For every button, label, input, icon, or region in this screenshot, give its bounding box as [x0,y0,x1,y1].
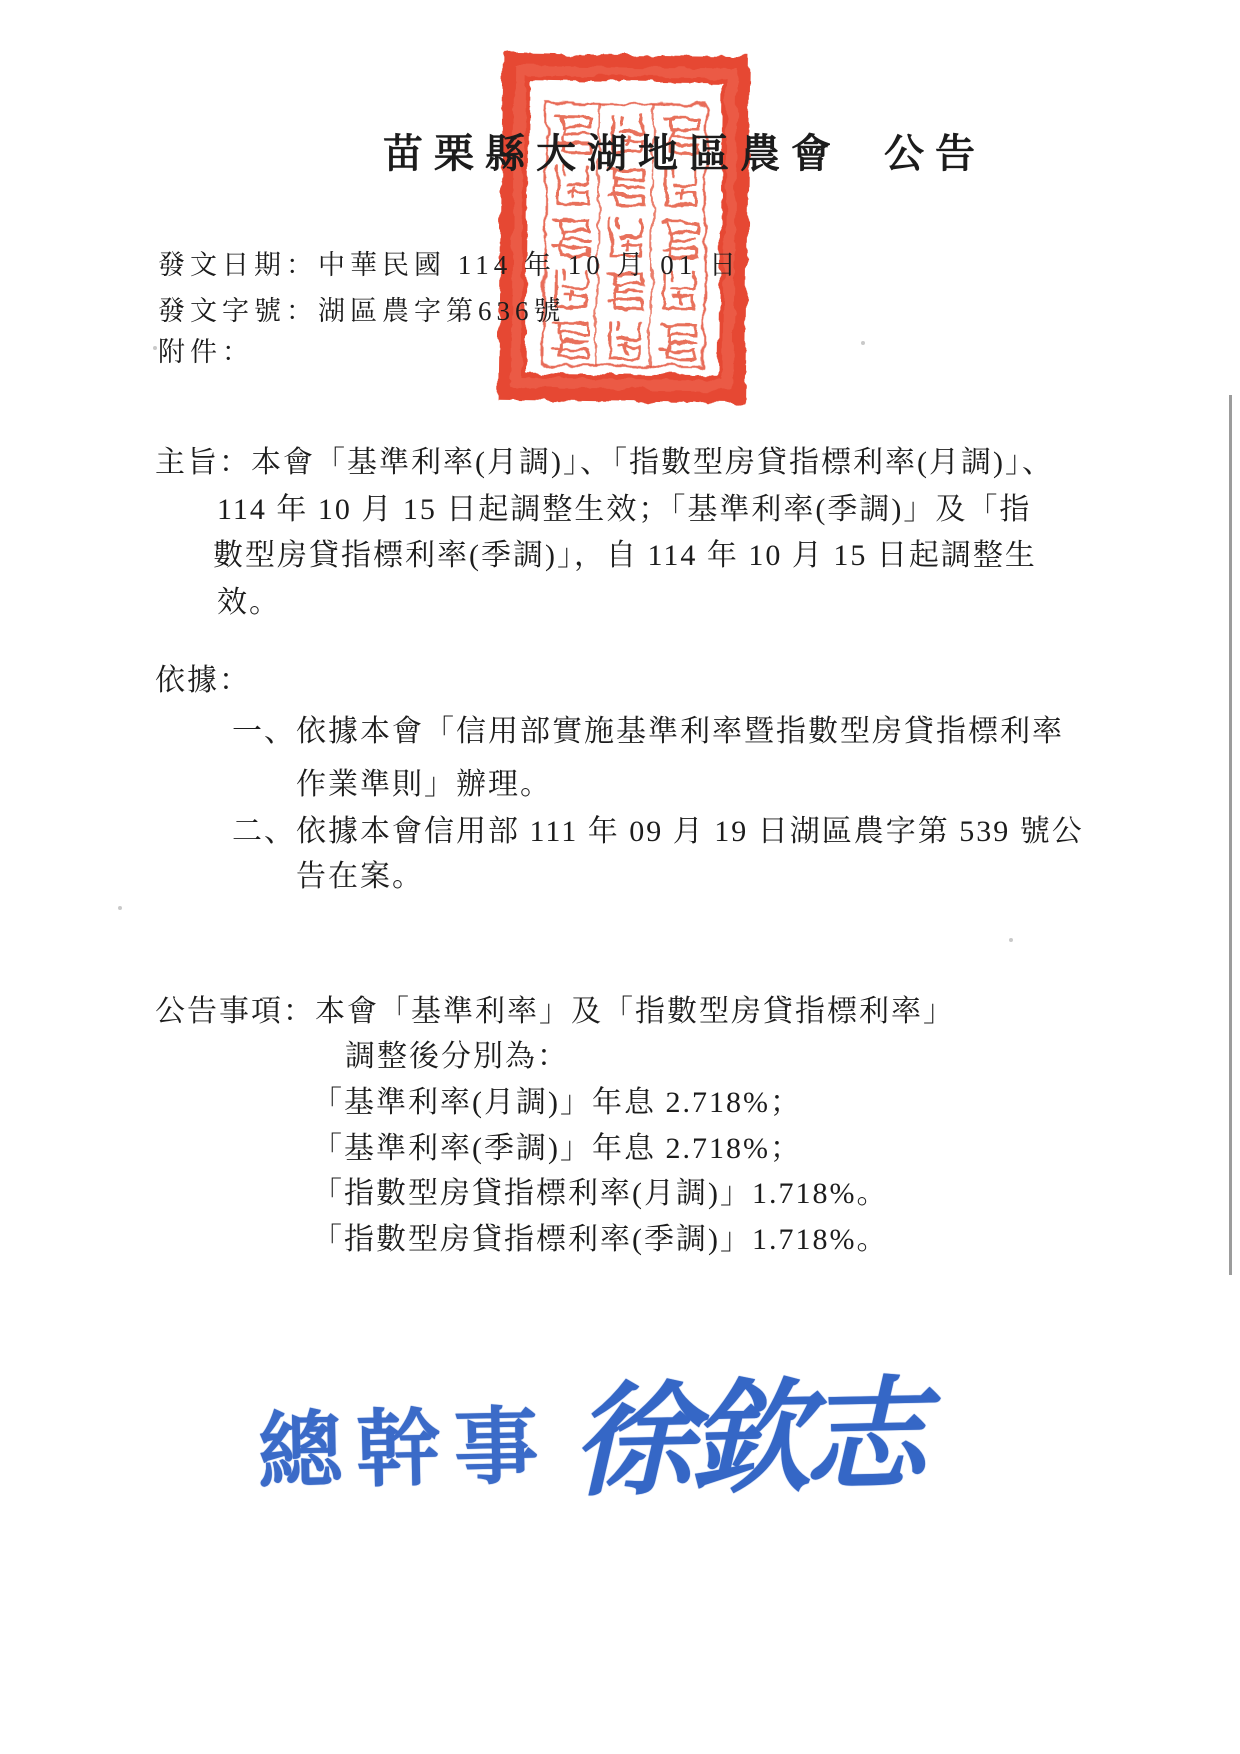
announcement-line-1: 公告事項：本會「基準利率」及「指數型房貸指標利率」 [155,986,955,1030]
basis-item1-line2: 作業準則」辦理。 [296,759,552,803]
official-red-seal [496,50,753,405]
basis-item2-line2: 告在案。 [296,851,424,895]
general-manager-signature-stamp: 總幹事 徐欽志 [256,1351,921,1526]
basis-label: 依據： [155,655,251,699]
basis-item1-line1: 依據本會「信用部實施基準利率暨指數型房貸指標利率 [296,706,1064,750]
subject-line-3: 數型房貸指標利率(季調)」，自 114 年 10 月 15 日起調整生 [213,530,1037,574]
subject-line-2: 114 年 10 月 15 日起調整生效；「基準利率(季調)」及「指 [217,484,1031,528]
signature-name: 徐欽志 [570,1337,922,1519]
rate-line-4: 「指數型房貸指標利率(季調)」1.718%。 [312,1214,888,1258]
scan-speck [118,906,122,910]
doc-type-label: 公告 [884,131,986,176]
organization-name: 苗栗縣大湖地區農會 [383,131,842,176]
ref-number-line: 發文字號：湖區農字第636號 [158,289,566,328]
basis-item2-line1: 依據本會信用部 111 年 09 月 19 日湖區農字第 539 號公 [296,806,1084,850]
subject-line-4: 效。 [217,577,281,621]
basis-item1-number: 一、 [232,706,296,750]
announcement-line-2: 調整後分別為： [345,1031,569,1075]
scanned-announcement-page: 苗栗縣大湖地區農會公告 發文日期：中華民國 114 年 10 月 01 日 發文… [0,0,1240,1754]
scan-speck [861,341,865,345]
scan-speck [153,346,157,350]
scan-speck [1009,938,1013,942]
document-title: 苗栗縣大湖地區農會公告 [383,122,986,179]
attachment-line: 附件： [158,330,254,369]
red-seal-graphic [496,50,753,405]
rate-line-1: 「基準利率(月調)」年息 2.718%； [312,1077,802,1121]
basis-item2-number: 二、 [232,806,296,850]
scan-edge-artifact [1229,395,1232,1275]
issue-date-line: 發文日期：中華民國 114 年 10 月 01 日 [158,243,741,282]
rate-line-2: 「基準利率(季調)」年息 2.718%； [312,1123,802,1167]
signature-role-label: 總幹事 [257,1379,553,1506]
rate-line-3: 「指數型房貸指標利率(月調)」1.718%。 [312,1168,888,1212]
subject-line-1: 主旨：本會「基準利率(月調)」、「指數型房貸指標利率(月調)」、 [155,437,1054,481]
